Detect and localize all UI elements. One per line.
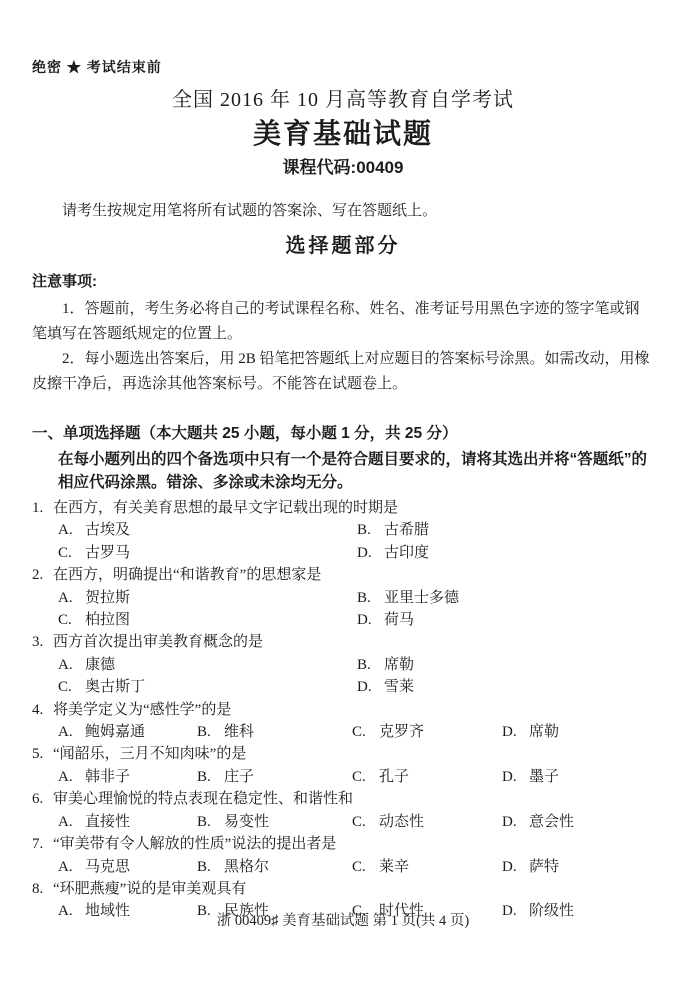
option-b: B.席勒 [357,654,654,676]
question-stem-row: 6.审美心理愉悦的特点表现在稳定性、和谐性和 [32,788,654,810]
option-d: D.意会性 [502,811,654,833]
option-label: B. [197,766,224,788]
question-stem-row: 8.“环肥燕瘦”说的是审美观具有 [32,878,654,900]
options: A.直接性B.易变性C.动态性D.意会性 [32,811,654,833]
option-a: A.鲍姆嘉通 [58,721,197,743]
option-text: 古印度 [384,545,429,561]
question-number: 5. [32,743,53,765]
option-text: 柏拉图 [85,612,130,628]
question-stem: 在西方，明确提出“和谐教育”的思想家是 [53,564,321,586]
option-c: C.孔子 [352,766,502,788]
notes-heading: 注意事项: [32,273,654,291]
course-code: 课程代码:00409 [32,157,654,178]
option-label: A. [58,856,85,878]
option-text: 古希腊 [384,522,429,538]
option-text: 黑格尔 [224,859,269,875]
note-item-1: 1．答题前，考生务必将自己的考试课程名称、姓名、准考证号用黑色字迹的签字笔或钢笔… [32,297,654,347]
option-label: D. [357,676,384,698]
option-text: 动态性 [379,814,424,830]
option-label: D. [502,721,529,743]
option-text: 维科 [224,724,254,740]
option-label: A. [58,654,85,676]
option-b: B.黑格尔 [197,856,352,878]
option-label: B. [197,811,224,833]
note-item-2: 2．每小题选出答案后，用 2B 铅笔把答题纸上对应题目的答案标号涂黑。如需改动，… [32,347,654,397]
option-label: B. [357,587,384,609]
option-c: C.古罗马 [58,542,357,564]
option-label: A. [58,811,85,833]
part-one-heading: 一、单项选择题（本大题共 25 小题，每小题 1 分，共 25 分） [32,424,654,443]
option-text: 孔子 [379,769,409,785]
option-text: 马克思 [85,859,130,875]
option-c: C.莱辛 [352,856,502,878]
option-text: 雪莱 [384,679,414,695]
question-2: 2.在西方，明确提出“和谐教育”的思想家是A.贺拉斯B.亚里士多德C.柏拉图D.… [32,564,654,631]
question-stem-row: 5.“闻韶乐，三月不知肉味”的是 [32,743,654,765]
options: A.康德B.席勒C.奥古斯丁D.雪莱 [32,654,654,699]
option-text: 庄子 [224,769,254,785]
option-text: 古埃及 [85,522,130,538]
question-6: 6.审美心理愉悦的特点表现在稳定性、和谐性和A.直接性B.易变性C.动态性D.意… [32,788,654,833]
option-a: A.韩非子 [58,766,197,788]
option-text: 韩非子 [85,769,130,785]
option-label: C. [352,856,379,878]
question-5: 5.“闻韶乐，三月不知肉味”的是A.韩非子B.庄子C.孔子D.墨子 [32,743,654,788]
question-stem: “环肥燕瘦”说的是审美观具有 [53,878,246,900]
option-label: C. [352,811,379,833]
option-a: A.直接性 [58,811,197,833]
option-label: C. [58,609,85,631]
option-text: 鲍姆嘉通 [85,724,145,740]
question-stem-row: 1.在西方，有关美育思想的最早文字记载出现的时期是 [32,497,654,519]
question-stem-row: 4.将美学定义为“感性学”的是 [32,699,654,721]
option-label: C. [58,542,85,564]
option-a: A.古埃及 [58,519,357,541]
option-label: C. [352,721,379,743]
question-number: 4. [32,699,53,721]
option-text: 克罗齐 [379,724,424,740]
question-stem: “审美带有令人解放的性质”说法的提出者是 [53,833,336,855]
option-label: D. [502,811,529,833]
options: A.韩非子B.庄子C.孔子D.墨子 [32,766,654,788]
question-stem-row: 2.在西方，明确提出“和谐教育”的思想家是 [32,564,654,586]
option-a: A.贺拉斯 [58,587,357,609]
question-number: 2. [32,564,53,586]
option-label: C. [352,766,379,788]
question-number: 7. [32,833,53,855]
option-c: C.柏拉图 [58,609,357,631]
question-list: 1.在西方，有关美育思想的最早文字记载出现的时期是A.古埃及B.古希腊C.古罗马… [32,497,654,923]
option-label: B. [357,519,384,541]
option-label: B. [357,654,384,676]
option-label: D. [502,856,529,878]
option-d: D.古印度 [357,542,654,564]
options: A.古埃及B.古希腊C.古罗马D.古印度 [32,519,654,564]
question-stem: 西方首次提出审美教育概念的是 [53,631,263,653]
option-text: 荷马 [384,612,414,628]
option-text: 古罗马 [85,545,130,561]
page-footer: 浙 00409♯ 美育基础试题 第 1 页(共 4 页) [0,912,686,931]
option-text: 亚里士多德 [384,590,459,606]
option-label: A. [58,721,85,743]
question-stem: 在西方，有关美育思想的最早文字记载出现的时期是 [53,497,398,519]
option-text: 贺拉斯 [85,590,130,606]
options: A.鲍姆嘉通B.维科C.克罗齐D.席勒 [32,721,654,743]
exam-paper-page: 绝密 ★ 考试结束前 全国 2016 年 10 月高等教育自学考试 美育基础试题… [0,0,686,992]
options: A.马克思B.黑格尔C.莱辛D.萨特 [32,856,654,878]
option-text: 席勒 [384,657,414,673]
option-d: D.萨特 [502,856,654,878]
option-label: A. [58,766,85,788]
question-4: 4.将美学定义为“感性学”的是A.鲍姆嘉通B.维科C.克罗齐D.席勒 [32,699,654,744]
exam-session-title: 全国 2016 年 10 月高等教育自学考试 [32,88,654,112]
option-b: B.维科 [197,721,352,743]
paper-title: 美育基础试题 [32,118,654,150]
option-text: 莱辛 [379,859,409,875]
option-text: 康德 [85,657,115,673]
option-label: C. [58,676,85,698]
question-number: 8. [32,878,53,900]
question-1: 1.在西方，有关美育思想的最早文字记载出现的时期是A.古埃及B.古希腊C.古罗马… [32,497,654,564]
option-d: D.雪莱 [357,676,654,698]
options: A.贺拉斯B.亚里士多德C.柏拉图D.荷马 [32,587,654,632]
section-title: 选择题部分 [32,234,654,258]
option-a: A.康德 [58,654,357,676]
question-3: 3.西方首次提出审美教育概念的是A.康德B.席勒C.奥古斯丁D.雪莱 [32,631,654,698]
question-stem: “闻韶乐，三月不知肉味”的是 [53,743,246,765]
option-label: D. [502,766,529,788]
option-b: B.古希腊 [357,519,654,541]
option-d: D.墨子 [502,766,654,788]
option-b: B.易变性 [197,811,352,833]
option-c: C.动态性 [352,811,502,833]
question-stem: 审美心理愉悦的特点表现在稳定性、和谐性和 [53,788,353,810]
answer-sheet-instruction: 请考生按规定用笔将所有试题的答案涂、写在答题纸上。 [32,202,654,220]
classification-banner: 绝密 ★ 考试结束前 [32,58,654,76]
option-a: A.马克思 [58,856,197,878]
question-7: 7.“审美带有令人解放的性质”说法的提出者是A.马克思B.黑格尔C.莱辛D.萨特 [32,833,654,878]
option-d: D.荷马 [357,609,654,631]
option-text: 墨子 [529,769,559,785]
part-one-instructions: 在每小题列出的四个备选项中只有一个是符合题目要求的，请将其选出并将“答题纸”的相… [58,448,654,494]
option-b: B.亚里士多德 [357,587,654,609]
option-text: 易变性 [224,814,269,830]
question-number: 6. [32,788,53,810]
option-label: B. [197,856,224,878]
option-label: D. [357,542,384,564]
question-stem-row: 3.西方首次提出审美教育概念的是 [32,631,654,653]
option-text: 直接性 [85,814,130,830]
option-d: D.席勒 [502,721,654,743]
question-number: 3. [32,631,53,653]
option-text: 席勒 [529,724,559,740]
question-stem: 将美学定义为“感性学”的是 [53,699,231,721]
option-text: 意会性 [529,814,574,830]
option-text: 萨特 [529,859,559,875]
option-label: A. [58,587,85,609]
option-c: C.克罗齐 [352,721,502,743]
option-label: A. [58,519,85,541]
question-number: 1. [32,497,53,519]
option-b: B.庄子 [197,766,352,788]
option-c: C.奥古斯丁 [58,676,357,698]
option-label: B. [197,721,224,743]
option-label: D. [357,609,384,631]
option-text: 奥古斯丁 [85,679,145,695]
question-stem-row: 7.“审美带有令人解放的性质”说法的提出者是 [32,833,654,855]
